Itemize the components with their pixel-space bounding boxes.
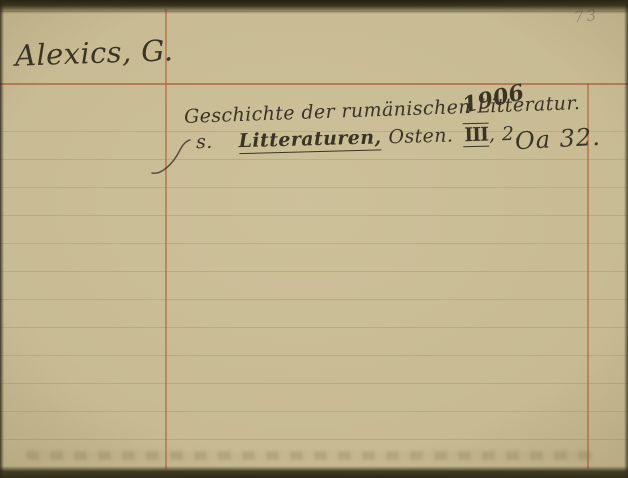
scan-edge-left — [0, 0, 4, 478]
red-rule-header — [0, 83, 628, 85]
author-heading: Alexics, G. — [14, 33, 173, 73]
see-abbreviation: s. — [196, 131, 213, 153]
scan-edge-bottom — [0, 466, 628, 478]
reference-place: Osten. — [388, 125, 453, 149]
volume-roman-numeral: III — [463, 123, 489, 148]
corner-page-number: 73 — [573, 6, 600, 27]
scan-edge-right — [624, 0, 628, 478]
entry-cross-reference: s.Litteraturen,Osten.III, 2. — [196, 123, 521, 153]
card-ruling-lines — [0, 104, 628, 466]
catalog-card-scan: 73 Alexics, G. Geschichte der rumänische… — [0, 0, 628, 478]
reference-title-underlined: Litteraturen, — [238, 126, 381, 154]
red-rule-left-column — [165, 9, 167, 469]
scan-edge-top — [0, 0, 628, 14]
red-rule-top — [0, 11, 628, 12]
shelfmark: Oa 32. — [514, 123, 601, 155]
ink-bleedthrough-smudge — [26, 451, 592, 460]
